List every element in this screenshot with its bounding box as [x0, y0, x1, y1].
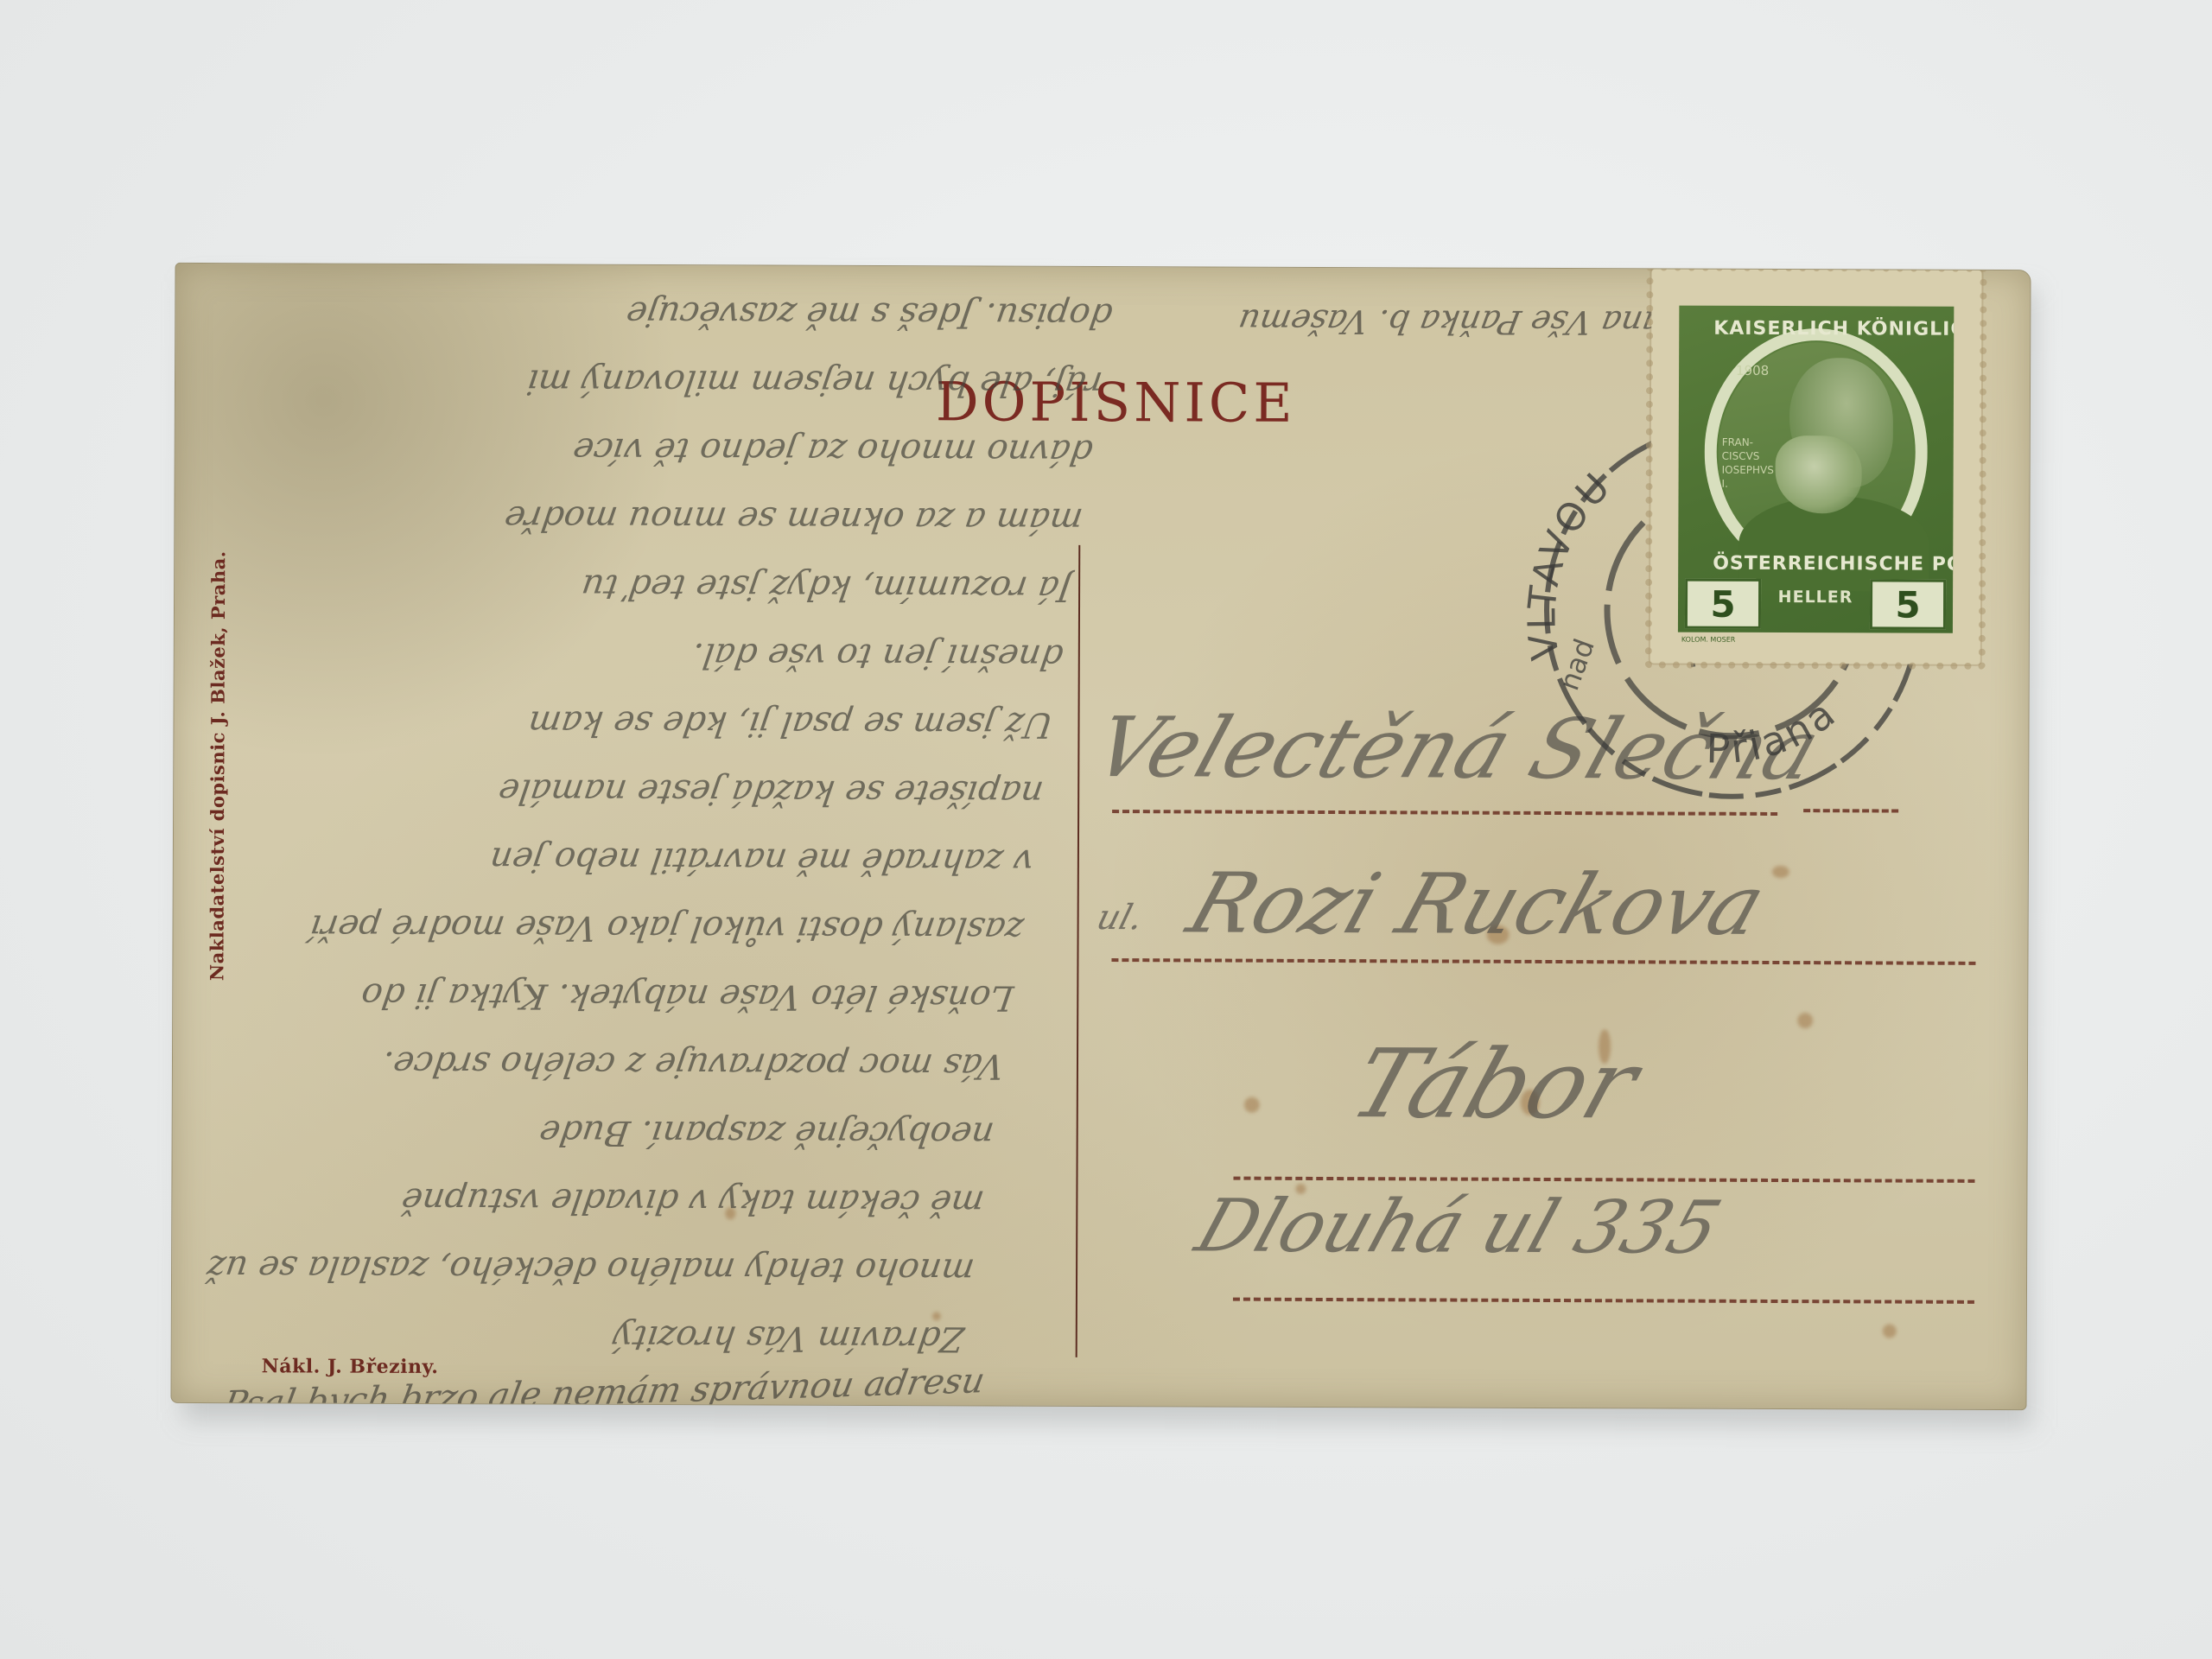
stain [1244, 1097, 1260, 1113]
handwritten-message: Zdravím Vás hrozitý mnoho tehdy malého d… [170, 281, 1116, 1372]
upside-down-address-note: Jana Vše Paňka b. Vašemu [1235, 302, 1678, 342]
message-line: v zahradě mě navrátil nebo jen [225, 823, 1038, 895]
recipient-name-line2: Rozi Ruckova [1177, 855, 1777, 953]
message-line: mám a za oknem se mnou modře [274, 482, 1087, 554]
message-line: ráj, ale bych nejsem milovaný mi [294, 346, 1107, 417]
message-line: Já rozumím, když jste teď tu [264, 550, 1077, 622]
stamp-year: 1908 [1736, 363, 1769, 378]
recipient-prefix: ul. [1092, 898, 1147, 938]
postmark-prefix: nad [1552, 634, 1600, 695]
divider-line [1076, 545, 1081, 1357]
stain [1772, 866, 1789, 878]
address-line-1 [1112, 810, 1777, 816]
message-line: dávno mnoho za jedno tě více [283, 414, 1096, 486]
svg-text:VLTAVOU: VLTAVOU [1520, 463, 1620, 663]
stamp-value-right: 5 [1870, 579, 1946, 629]
stain [1797, 1013, 1813, 1028]
message-line: zaslaný dosti vůkol jako Vaše modré peří [215, 892, 1028, 963]
message-line: dopisu. Jdeš s mě zasvěcuje [303, 277, 1116, 349]
stamp-text-top: KAISERLICH KÖNIGLICHE [1713, 318, 1954, 340]
recipient-street: Dlouhá ul 335 [1186, 1184, 1731, 1270]
message-line: Už jsem se psal ji, kde se kam [245, 687, 1058, 759]
stamp-currency: HELLER [1771, 588, 1859, 607]
message-line: mnoho tehdy malého děckého, zaslala se u… [170, 1233, 978, 1305]
message-line: neobyčejně zaspaní. Bude [185, 1096, 998, 1168]
recipient-name: Velectěná Slečna [1083, 699, 1832, 798]
publisher-imprint-bottom: Nákl. J. Březiny. [262, 1355, 439, 1378]
stamp-text-bottom: ÖSTERREICHISCHE POST [1713, 553, 1954, 575]
stamp-design: KAISERLICH KÖNIGLICHE ÖSTERREICHISCHE PO… [1678, 306, 1954, 633]
address-line-1b [1803, 809, 1898, 812]
address-line-2 [1111, 958, 1975, 965]
message-line: Loňské léto Vaše nábytek. Kytka ji do [205, 960, 1018, 1032]
stamp-value-left: 5 [1685, 579, 1761, 629]
caption-line: I. [1722, 477, 1774, 491]
address-line-4 [1233, 1298, 1974, 1304]
caption-line: CISCVS [1722, 449, 1774, 463]
stamp-portrait-caption: FRAN- CISCVS IOSEPHVS I. [1722, 435, 1774, 491]
message-line: Vás moc pozdravuje z celého srdce. [195, 1028, 1008, 1100]
stain [1883, 1324, 1897, 1338]
postcard: DOPISNICE Nakladatelství dopisnic J. Bla… [170, 263, 2031, 1410]
postage-stamp: KAISERLICH KÖNIGLICHE ÖSTERREICHISCHE PO… [1650, 269, 1982, 664]
message-line: dnešní jen to vše dál. [254, 619, 1067, 690]
address-line-3 [1233, 1177, 1974, 1183]
caption-line: IOSEPHVS [1722, 463, 1774, 477]
message-line: napíšete se každá jeste namále [234, 755, 1047, 827]
caption-line: FRAN- [1722, 435, 1774, 449]
recipient-city: Tábor [1338, 1028, 1651, 1140]
message-line: mě čekám taky v divadle vstupně [175, 1165, 988, 1236]
postmark-text-top: VLTAVOU [1520, 463, 1620, 663]
stamp-designer-credit: KOLOM. MOSER [1681, 636, 1735, 644]
